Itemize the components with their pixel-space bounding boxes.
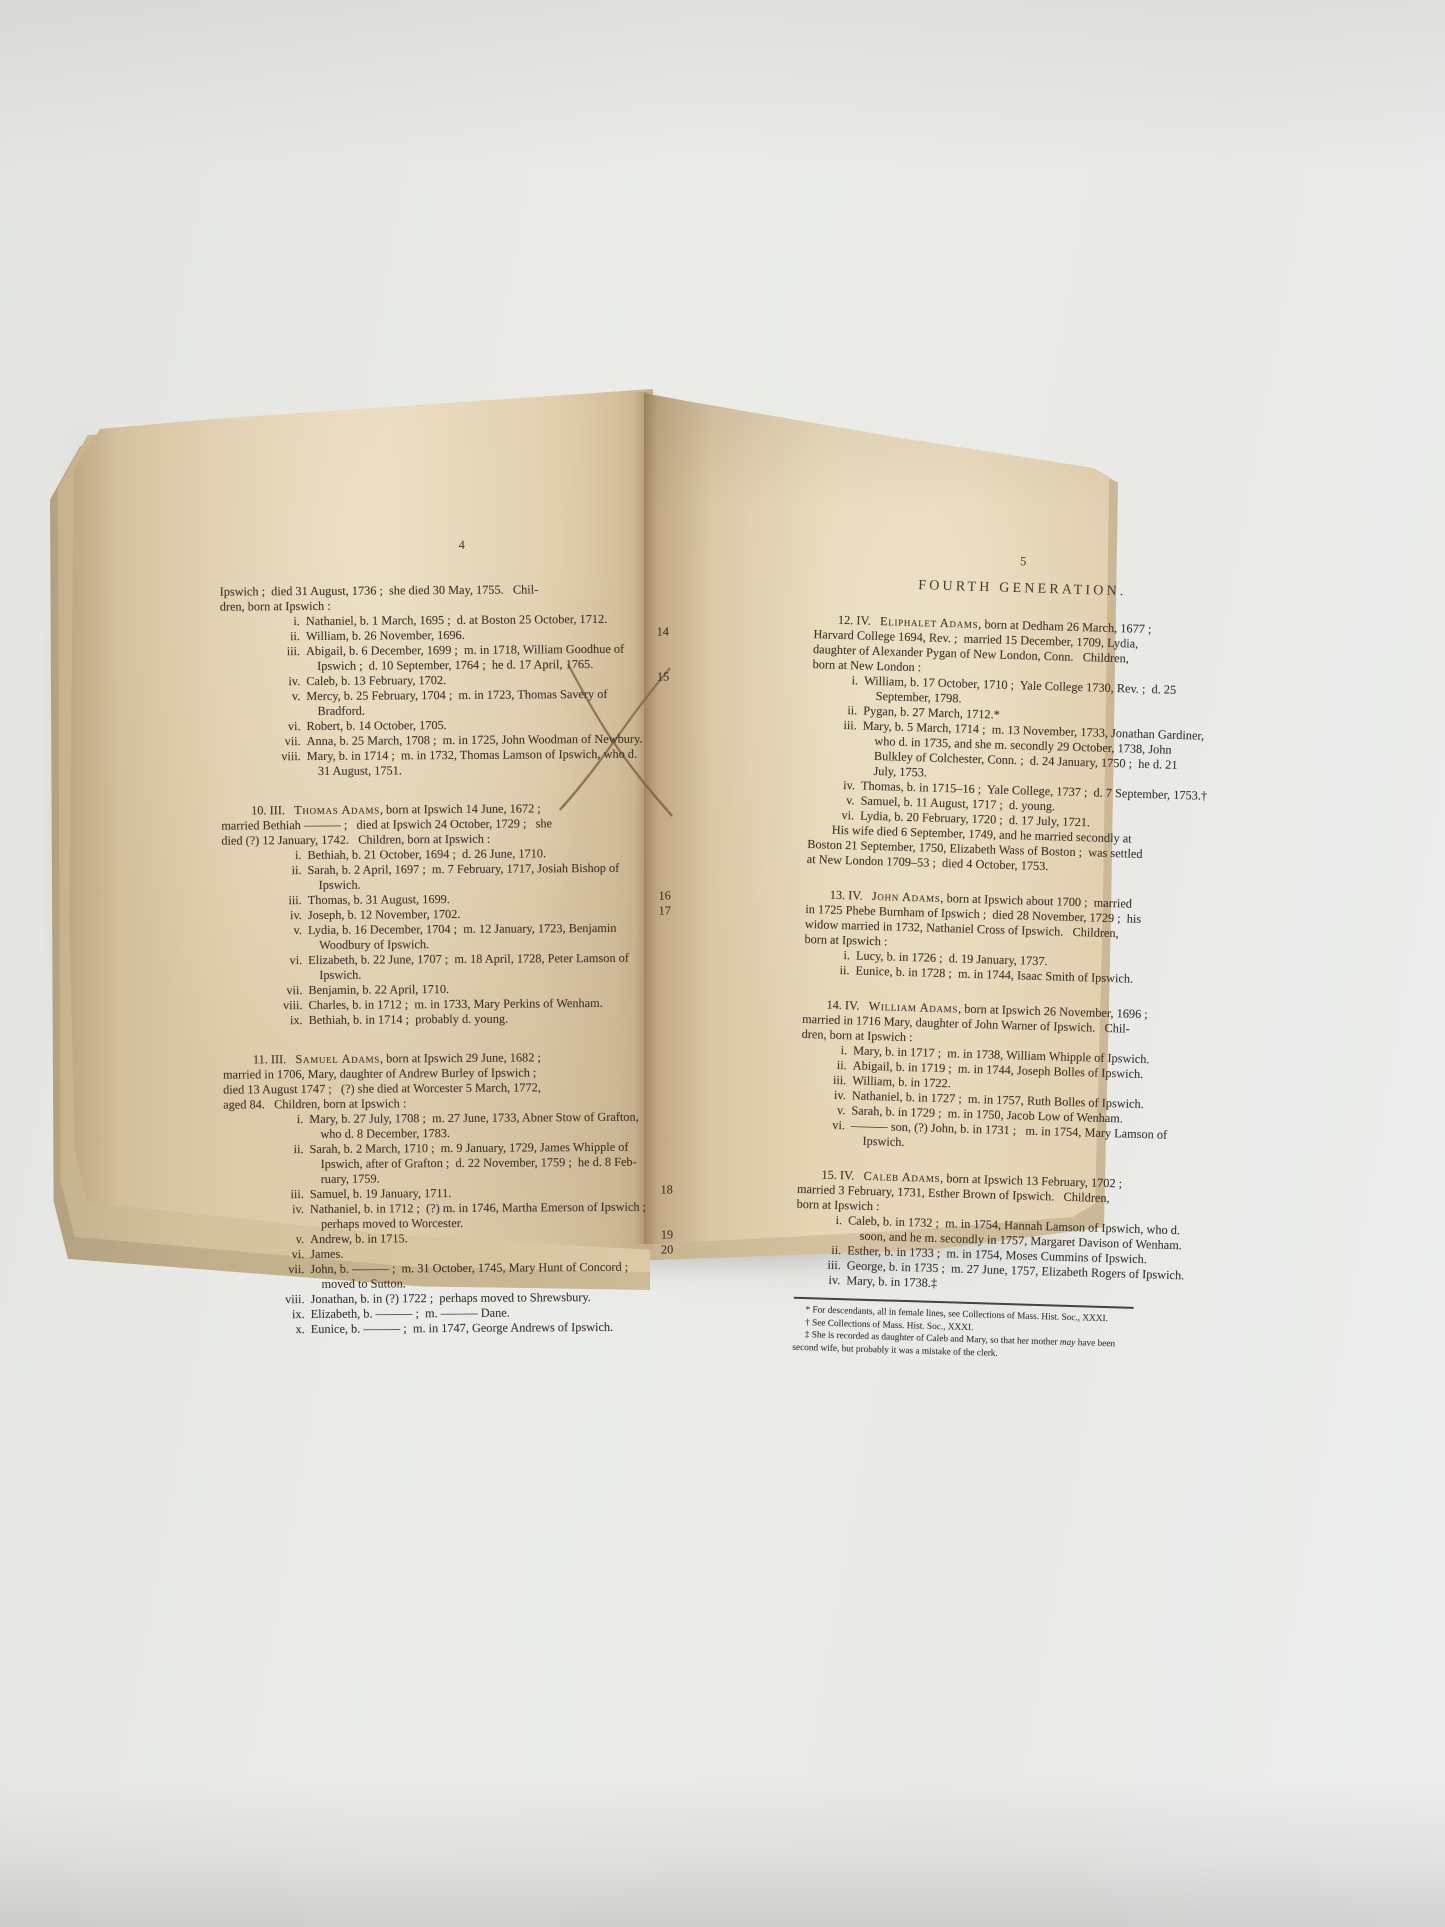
line-text: married Bethiah ——— ; died at Ipswich 24… bbox=[221, 816, 552, 832]
line-text: ruary, 1759. bbox=[321, 1171, 380, 1185]
line-text: Mercy, b. 25 February, 1704 ; m. in 1723… bbox=[306, 687, 607, 703]
text-line: x.Eunice, b. ——— ; m. in 1747, George An… bbox=[225, 1319, 670, 1337]
line-text: Mary, b. in 1738.‡ bbox=[846, 1273, 937, 1290]
item-roman-numeral: v. bbox=[808, 792, 854, 808]
line-text: Elizabeth, b. ——— ; m. ——— Dane. bbox=[311, 1306, 510, 1321]
line-text: Andrew, b. in 1715. bbox=[310, 1231, 408, 1246]
item-roman-numeral: i. bbox=[801, 1042, 847, 1058]
item-roman-numeral: vii. bbox=[224, 1262, 304, 1278]
item-roman-numeral: viii. bbox=[221, 749, 301, 765]
line-text: Bethiah, b. in 1714 ; probably d. young. bbox=[309, 1012, 509, 1027]
item-roman-numeral: iv. bbox=[809, 777, 855, 793]
line-text: aged 84. Children, born at Ipswich : bbox=[223, 1096, 406, 1111]
item-roman-numeral: ii. bbox=[220, 629, 300, 645]
line-text: Caleb, b. 13 February, 1702. bbox=[306, 673, 446, 688]
line-text: Joseph, b. 12 November, 1702. bbox=[308, 907, 461, 922]
item-roman-numeral: iii. bbox=[795, 1257, 841, 1273]
line-text: Ipswich. bbox=[319, 968, 361, 982]
item-roman-numeral: iv. bbox=[224, 1202, 304, 1218]
line-text: Abigail, b. 6 December, 1699 ; m. in 171… bbox=[306, 642, 624, 658]
blank-gap bbox=[223, 1025, 668, 1052]
left-page-text: 4 Ipswich ; died 31 August, 1736 ; she d… bbox=[219, 536, 670, 1337]
line-text: who d. 8 December, 1783. bbox=[320, 1126, 450, 1141]
margin-reference-number: 19 bbox=[661, 1227, 673, 1242]
item-roman-numeral: iv. bbox=[794, 1272, 840, 1288]
photo-background: 4 Ipswich ; died 31 August, 1736 ; she d… bbox=[0, 0, 1445, 1927]
line-text: James. bbox=[310, 1247, 343, 1261]
margin-reference-number: 15 bbox=[657, 669, 669, 684]
item-roman-numeral: viii. bbox=[222, 998, 302, 1014]
line-text: perhaps moved to Worcester. bbox=[321, 1216, 463, 1231]
line-text: born at Ipswich : bbox=[804, 932, 887, 948]
line-text: Nathaniel, b. in 1712 ; (?) m. in 1746, … bbox=[310, 1200, 646, 1216]
item-roman-numeral: ix. bbox=[223, 1013, 303, 1029]
item-roman-numeral: i. bbox=[804, 947, 850, 963]
margin-reference-number: 17 bbox=[658, 903, 670, 918]
margin-reference-number: 14 bbox=[657, 624, 669, 639]
margin-reference-number: 20 bbox=[661, 1242, 673, 1257]
margin-reference-number: 16 bbox=[658, 888, 670, 903]
line-text: Sarah, b. 2 March, 1710 ; m. 9 January, … bbox=[309, 1140, 628, 1156]
item-roman-numeral: i. bbox=[796, 1212, 842, 1228]
item-roman-numeral: i. bbox=[812, 672, 858, 688]
line-text: dren, born at Ipswich : bbox=[220, 599, 331, 614]
item-roman-numeral: ii. bbox=[811, 702, 857, 718]
item-roman-numeral: iii. bbox=[222, 893, 302, 909]
left-page-lines: Ipswich ; died 31 August, 1736 ; she die… bbox=[220, 581, 670, 1337]
line-text: Samuel, b. 19 January, 1711. bbox=[310, 1186, 452, 1201]
margin-reference-number: 18 bbox=[660, 1182, 672, 1197]
item-roman-numeral: i. bbox=[220, 614, 300, 630]
line-text: Ipswich ; died 31 August, 1736 ; she die… bbox=[220, 582, 539, 598]
page-number-left: 4 bbox=[219, 536, 664, 554]
item-roman-numeral: iv. bbox=[800, 1087, 846, 1103]
line-text: moved to Sutton. bbox=[321, 1276, 405, 1291]
item-roman-numeral: vii. bbox=[221, 734, 301, 750]
line-text: Benjamin, b. 22 April, 1710. bbox=[308, 982, 449, 997]
line-text: Woodbury of Ipswich. bbox=[319, 937, 429, 952]
line-text: died (?) 12 January, 1742. Children, bor… bbox=[221, 832, 490, 848]
item-roman-numeral: iv. bbox=[220, 674, 300, 690]
line-text: died 13 August 1747 ; (?) she died at Wo… bbox=[223, 1080, 541, 1096]
right-page-lines: 12. IV. Eliphalet Adams, born at Dedham … bbox=[794, 612, 1159, 1297]
line-text: Thomas, b. 31 August, 1699. bbox=[308, 892, 450, 907]
item-roman-numeral: iii. bbox=[220, 644, 300, 660]
line-text: Ipswich. bbox=[319, 878, 361, 892]
blank-gap bbox=[221, 776, 666, 803]
line-text: Bradford. bbox=[317, 704, 365, 718]
line-text: married in 1706, Mary, daughter of Andre… bbox=[223, 1065, 536, 1081]
item-roman-numeral: vi. bbox=[222, 953, 302, 969]
line-text: Ipswich, after of Grafton ; d. 22 Novemb… bbox=[321, 1155, 637, 1171]
item-roman-numeral: ii. bbox=[803, 962, 849, 978]
line-text: Ipswich. bbox=[862, 1134, 904, 1149]
line-text: William, b. 26 November, 1696. bbox=[306, 628, 465, 643]
line-text: 10. III. Thomas Adams, born at Ipswich 1… bbox=[251, 801, 541, 817]
item-roman-numeral: v. bbox=[799, 1102, 845, 1118]
item-roman-numeral: ii. bbox=[795, 1242, 841, 1258]
item-roman-numeral: viii. bbox=[224, 1292, 304, 1308]
item-roman-numeral: ii. bbox=[800, 1057, 846, 1073]
top-shade bbox=[0, 0, 1445, 170]
item-roman-numeral: vi. bbox=[224, 1247, 304, 1263]
section-heading: FOURTH GENERATION. bbox=[815, 575, 1160, 601]
item-roman-numeral: ii. bbox=[221, 863, 301, 879]
line-text: Sarah, b. 2 April, 1697 ; m. 7 February,… bbox=[307, 861, 619, 877]
item-roman-numeral: vi. bbox=[808, 807, 854, 823]
item-roman-numeral: iii. bbox=[800, 1072, 846, 1088]
line-text: Nathaniel, b. 1 March, 1695 ; d. at Bost… bbox=[306, 612, 608, 628]
line-text: Eunice, b. ——— ; m. in 1747, George Andr… bbox=[311, 1320, 613, 1336]
line-text: John, b. ——— ; m. 31 October, 1745, Mary… bbox=[310, 1260, 628, 1276]
line-text: September, 1798. bbox=[875, 689, 961, 706]
line-text: Lydia, b. 16 December, 1704 ; m. 12 Janu… bbox=[308, 921, 617, 937]
item-roman-numeral: iv. bbox=[222, 908, 302, 924]
item-roman-numeral: ii. bbox=[223, 1142, 303, 1158]
line-text: Mary, b. 27 July, 1708 ; m. 27 June, 173… bbox=[309, 1110, 638, 1126]
item-roman-numeral: v. bbox=[220, 689, 300, 705]
line-text: 31 August, 1751. bbox=[318, 763, 402, 778]
line-text: July, 1753. bbox=[873, 764, 927, 780]
item-roman-numeral: i. bbox=[223, 1112, 303, 1128]
floor-shade bbox=[0, 1780, 1445, 1927]
item-roman-numeral: vi. bbox=[220, 719, 300, 735]
item-roman-numeral: v. bbox=[224, 1232, 304, 1248]
line-text: Elizabeth, b. 22 June, 1707 ; m. 18 Apri… bbox=[308, 951, 629, 967]
item-roman-numeral: ix. bbox=[225, 1307, 305, 1323]
item-roman-numeral: iii. bbox=[224, 1187, 304, 1203]
line-text: Mary, b. in 1714 ; m. in 1732, Thomas La… bbox=[307, 747, 637, 763]
line-text: 11. III. Samuel Adams, born at Ipswich 2… bbox=[253, 1050, 541, 1066]
right-page-text: 5 FOURTH GENERATION. 12. IV. Eliphalet A… bbox=[792, 548, 1161, 1364]
item-roman-numeral: i. bbox=[221, 848, 301, 864]
item-roman-numeral: x. bbox=[225, 1322, 305, 1338]
line-text: Bethiah, b. 21 October, 1694 ; d. 26 Jun… bbox=[307, 846, 546, 862]
item-roman-numeral: v. bbox=[222, 923, 302, 939]
item-roman-numeral: vi. bbox=[799, 1117, 845, 1133]
line-text: William, b. in 1722. bbox=[852, 1073, 951, 1090]
footnotes: * For descendants, all in female lines, … bbox=[792, 1304, 1138, 1364]
item-roman-numeral: vii. bbox=[222, 983, 302, 999]
line-text: Anna, b. 25 March, 1708 ; m. in 1725, Jo… bbox=[307, 732, 643, 748]
item-roman-numeral: iii. bbox=[811, 717, 857, 733]
line-text: Jonathan, b. in (?) 1722 ; perhaps moved… bbox=[310, 1290, 590, 1306]
line-text: Robert, b. 14 October, 1705. bbox=[306, 718, 446, 733]
line-text: born at Ipswich : bbox=[796, 1197, 879, 1213]
line-text: Ipswich ; d. 10 September, 1764 ; he d. … bbox=[317, 657, 593, 673]
line-text: Charles, b. in 1712 ; m. in 1733, Mary P… bbox=[308, 996, 602, 1012]
